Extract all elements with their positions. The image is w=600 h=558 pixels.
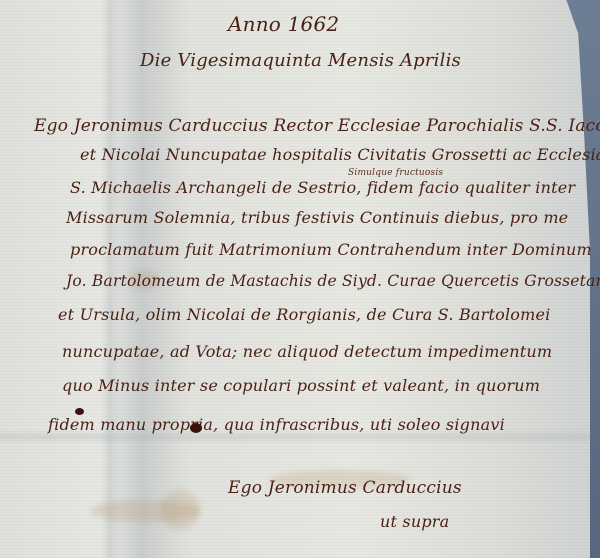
signature-name: Ego Jeronimus Carduccius xyxy=(228,478,462,498)
interlinear-note: Simulque fructuosis xyxy=(348,168,443,178)
body-line-4: Missarum Solemnia, tribus festivis Conti… xyxy=(66,208,568,227)
body-line-3: S. Michaelis Archangeli de Sestrio, fide… xyxy=(70,178,575,197)
document-photo: Anno 1662 Die Vigesimaquinta Mensis Apri… xyxy=(0,0,600,558)
heading-date: Die Vigesimaquinta Mensis Aprilis xyxy=(140,50,461,71)
body-line-9: quo Minus inter se copulari possint et v… xyxy=(62,376,540,395)
body-line-10: fidem manu propria, qua infrascribus, ut… xyxy=(48,415,505,434)
body-line-7: et Ursula, olim Nicolai de Rorgianis, de… xyxy=(58,305,550,324)
heading-year: Anno 1662 xyxy=(228,12,339,36)
body-line-8: nuncupatae, ad Vota; nec aliquod detectu… xyxy=(62,342,552,361)
ink-blot xyxy=(190,423,202,433)
body-line-2: et Nicolai Nuncupatae hospitalis Civitat… xyxy=(80,145,600,164)
body-line-5: proclamatum fuit Matrimonium Contrahendu… xyxy=(70,240,592,259)
water-stain xyxy=(160,490,200,530)
signature-ut-supra: ut supra xyxy=(380,512,449,531)
ink-blot xyxy=(75,408,84,415)
body-line-1: Ego Jeronimus Carduccius Rector Ecclesia… xyxy=(34,116,600,136)
body-line-6: Jo. Bartolomeum de Mastachis de Siyd. Cu… xyxy=(66,272,600,290)
